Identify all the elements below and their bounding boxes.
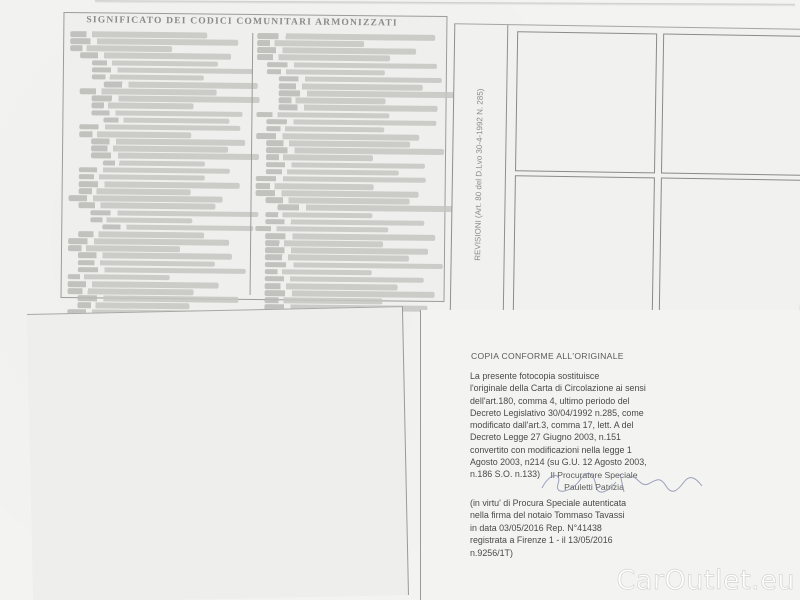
legend-line	[279, 83, 423, 90]
legend-line	[80, 88, 217, 95]
legend-line	[79, 124, 240, 131]
proxy-line: in data 03/05/2016 Rep. N°41438	[470, 522, 800, 534]
legend-line	[90, 217, 192, 224]
revisione-box-2	[661, 34, 800, 176]
legend-line	[265, 262, 443, 269]
legend-line	[265, 254, 409, 261]
revisione-box-1	[515, 31, 657, 173]
legend-line	[256, 190, 419, 197]
proxy-statement: (in virtu' di Procura Speciale autentica…	[470, 497, 800, 559]
certification-line: Agosto 2003, n214 (su G.U. 12 Agosto 200…	[470, 456, 800, 468]
legend-line	[277, 205, 455, 212]
legend-line	[92, 103, 194, 110]
legend-line	[102, 224, 253, 231]
proxy-line: (in virtu' di Procura Speciale autentica…	[470, 497, 800, 509]
legend-line	[69, 195, 223, 202]
legend-line	[91, 110, 242, 117]
legend-line	[78, 203, 215, 210]
legend-line	[264, 297, 382, 304]
legend-line	[68, 288, 194, 295]
legend-line	[266, 147, 444, 154]
legend-line	[265, 269, 372, 276]
legend-line	[257, 54, 390, 61]
legend-line	[78, 253, 232, 260]
legend-line	[265, 290, 435, 297]
legend-line	[103, 117, 229, 124]
legend-line	[256, 133, 419, 140]
legend-line	[257, 33, 435, 40]
legend-line	[70, 31, 207, 38]
legend-line	[266, 169, 399, 176]
legend-line	[278, 105, 437, 112]
legend-line	[256, 112, 389, 119]
legend-line	[266, 162, 425, 169]
legend-line	[77, 303, 189, 310]
proxy-line: registrata a Firenze 1 - il 13/05/2016	[470, 534, 800, 546]
legend-line	[279, 98, 386, 105]
legend-line	[104, 81, 258, 88]
legend-line	[68, 274, 170, 281]
legend-line	[92, 96, 260, 103]
certification-line: l'originale della Carta di Circolazione …	[470, 382, 800, 394]
certification-line: La presente fotocopia sostituisce	[470, 370, 800, 382]
legend-line	[266, 197, 410, 204]
legend-line	[266, 155, 373, 162]
legend-line	[266, 119, 436, 126]
legend-line	[255, 226, 388, 233]
legend-line	[267, 62, 437, 69]
legend-line	[68, 245, 180, 252]
legend-line	[265, 240, 383, 247]
page-edge	[95, 0, 795, 7]
certification-body: La presente fotocopia sostituisce l'orig…	[470, 370, 800, 481]
revisioni-page: REVISIONI (Art. 80 del D.Lvo 30-4-1992 N…	[450, 23, 800, 321]
proxy-line: n.9256/1T)	[470, 547, 800, 559]
certification-line: Decreto Legge 27 Giugno 2003, n.151	[470, 431, 800, 443]
legend-line	[265, 233, 435, 240]
watermark: CarOutlet.eu	[617, 565, 795, 596]
legend-line	[256, 183, 374, 190]
legend-line	[257, 47, 416, 54]
scanned-document: SIGNIFICATO DEI CODICI COMUNITARI ARMONI…	[0, 0, 800, 600]
legend-line	[80, 53, 231, 60]
codes-legend-page: SIGNIFICATO DEI CODICI COMUNITARI ARMONI…	[61, 12, 448, 302]
legend-line	[91, 146, 228, 153]
legend-line	[79, 181, 240, 188]
legend-line	[68, 281, 219, 288]
certification-line: dell'art.180, comma 4, ultimo periodo de…	[470, 395, 800, 407]
legend-line	[257, 40, 364, 47]
legend-line	[92, 74, 204, 81]
certification-line: Decreto Legislativo 30/04/1992 n.285, co…	[470, 407, 800, 419]
revisioni-strip: REVISIONI (Art. 80 del D.Lvo 30-4-1992 N…	[451, 24, 509, 317]
legend-line	[77, 295, 238, 302]
certification-line: modificato dall'art.3, comma 17, lett. A…	[470, 419, 800, 431]
legend-line	[265, 212, 372, 219]
codes-column-left	[68, 31, 246, 295]
legend-line	[70, 38, 238, 45]
legend-line	[92, 60, 218, 67]
revisioni-label: REVISIONI (Art. 80 del D.Lvo 30-4-1992 N…	[473, 55, 486, 295]
legend-line	[256, 176, 426, 183]
legend-line	[79, 167, 230, 174]
legend-line	[68, 238, 229, 245]
legend-line	[279, 76, 442, 83]
legend-line	[79, 174, 205, 181]
legend-line	[266, 126, 384, 133]
legend-line	[79, 131, 191, 138]
legend-line	[265, 247, 428, 254]
legend-line	[91, 138, 245, 145]
legend-line	[78, 231, 204, 238]
legend-line	[265, 283, 398, 290]
revisione-box-4	[659, 178, 800, 318]
legend-line	[265, 219, 424, 226]
codes-legend-title: SIGNIFICATO DEI CODICI COMUNITARI ARMONI…	[86, 15, 426, 29]
codes-column-right	[250, 33, 443, 297]
revisione-box-3	[513, 175, 655, 315]
blank-page	[27, 306, 409, 600]
legend-line	[78, 260, 215, 267]
legend-line	[91, 153, 259, 160]
certification-title: COPIA CONFORME ALL'ORIGINALE	[471, 351, 624, 361]
certification-line: convertito con modificazioni nella legge…	[470, 444, 800, 456]
legend-line	[265, 276, 424, 283]
legend-line	[92, 67, 253, 74]
legend-line	[267, 69, 385, 76]
legend-line	[279, 90, 457, 97]
certification-section: COPIA CONFORME ALL'ORIGINALE La presente…	[420, 310, 800, 600]
proxy-line: nella firma del notaio Tommaso Tavassi	[470, 509, 800, 521]
legend-line	[78, 267, 246, 274]
legend-line	[103, 160, 205, 167]
legend-line	[79, 188, 191, 195]
signature-scribble	[536, 468, 706, 496]
legend-line	[70, 45, 172, 52]
legend-line	[90, 210, 258, 217]
legend-line	[266, 140, 410, 147]
